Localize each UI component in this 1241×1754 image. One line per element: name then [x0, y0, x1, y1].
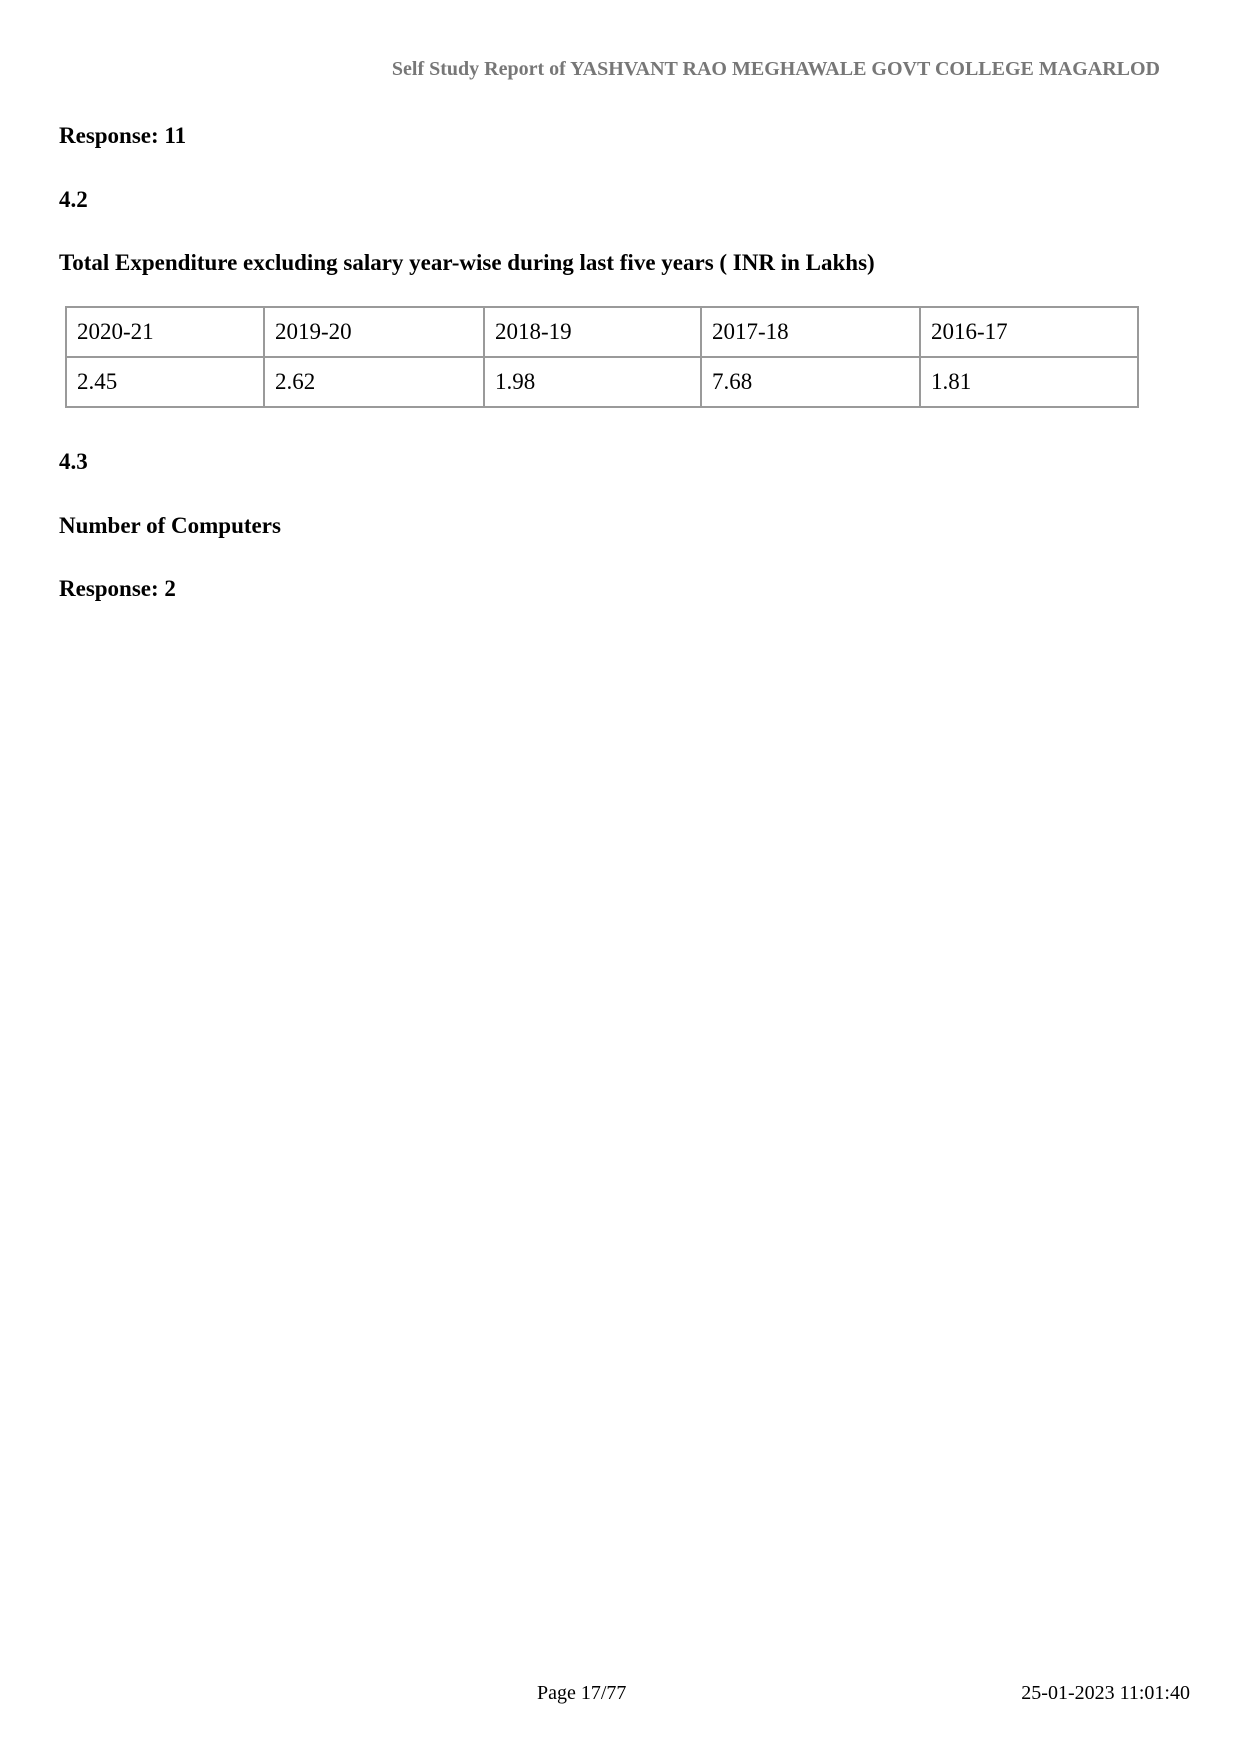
- year-cell: 2019-20: [264, 307, 484, 357]
- generated-timestamp: 25-01-2023 11:01:40: [1021, 1682, 1190, 1705]
- computers-response: Response: 2: [59, 577, 176, 600]
- section-number-4-2: 4.2: [59, 188, 88, 211]
- value-cell: 1.81: [920, 357, 1138, 407]
- year-cell: 2017-18: [701, 307, 920, 357]
- section-title-expenditure: Total Expenditure excluding salary year-…: [59, 251, 875, 274]
- value-cell: 2.62: [264, 357, 484, 407]
- year-cell: 2018-19: [484, 307, 701, 357]
- value-cell: 1.98: [484, 357, 701, 407]
- previous-response: Response: 11: [59, 124, 186, 147]
- section-number-4-3: 4.3: [59, 450, 88, 473]
- expenditure-table: 2020-21 2019-20 2018-19 2017-18 2016-17 …: [65, 306, 1139, 408]
- value-cell: 2.45: [66, 357, 264, 407]
- running-header: Self Study Report of YASHVANT RAO MEGHAW…: [392, 58, 1160, 81]
- section-title-computers: Number of Computers: [59, 514, 281, 537]
- table-header-row: 2020-21 2019-20 2018-19 2017-18 2016-17: [66, 307, 1138, 357]
- year-cell: 2016-17: [920, 307, 1138, 357]
- value-cell: 7.68: [701, 357, 920, 407]
- year-cell: 2020-21: [66, 307, 264, 357]
- page-number: Page 17/77: [537, 1682, 626, 1705]
- table-row: 2.45 2.62 1.98 7.68 1.81: [66, 357, 1138, 407]
